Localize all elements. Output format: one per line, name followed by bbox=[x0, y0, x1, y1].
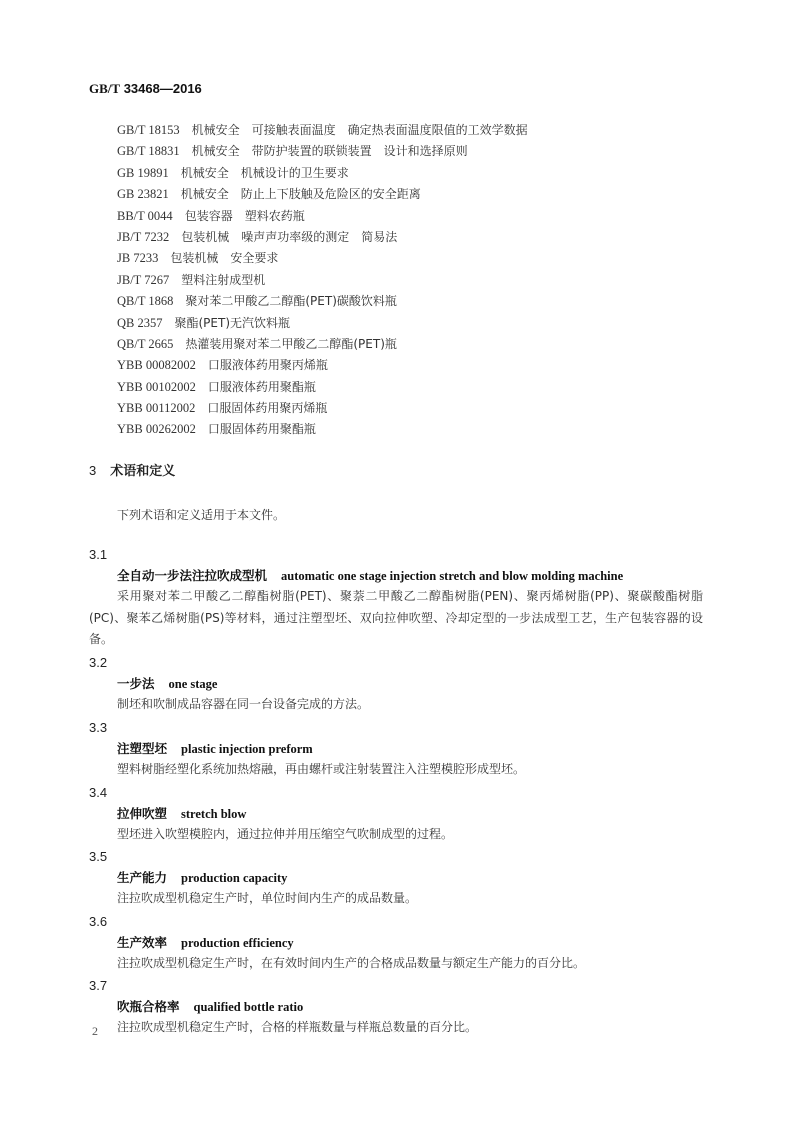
term-name-en: plastic injection preform bbox=[181, 742, 313, 756]
term-name-zh: 生产能力 bbox=[117, 870, 167, 885]
term-name-en: qualified bottle ratio bbox=[194, 1000, 304, 1014]
term-name: 全自动一步法注拉吹成型机automatic one stage injectio… bbox=[117, 565, 703, 586]
reference-code: GB/T 18831 bbox=[117, 141, 180, 162]
reference-title: 口服液体药用聚酯瓶 bbox=[208, 380, 316, 394]
term-number: 3.3 bbox=[89, 717, 703, 738]
reference-title: 机械安全 可接触表面温度 确定热表面温度限值的工效学数据 bbox=[192, 123, 528, 137]
reference-item: YBB 00112002口服固体药用聚丙烯瓶 bbox=[117, 397, 528, 418]
term-name: 一步法one stage bbox=[117, 673, 703, 694]
section-intro: 下列术语和定义适用于本文件。 bbox=[117, 506, 285, 523]
section-heading: 3术语和定义 bbox=[89, 460, 175, 479]
standard-number: 33468—2016 bbox=[124, 81, 202, 96]
term-name: 生产能力production capacity bbox=[117, 867, 703, 888]
reference-title: 口服固体药用聚丙烯瓶 bbox=[207, 401, 327, 415]
reference-item: QB/T 1868聚对苯二甲酸乙二醇酯(PET)碳酸饮料瓶 bbox=[117, 290, 528, 311]
term-entry: 3.7 吹瓶合格率qualified bottle ratio 注拉吹成型机稳定… bbox=[89, 975, 703, 1039]
reference-title: 塑料注射成型机 bbox=[181, 273, 265, 287]
term-name-zh: 拉伸吹塑 bbox=[117, 806, 167, 821]
reference-title: 机械安全 带防护装置的联锁装置 设计和选择原则 bbox=[192, 144, 468, 158]
reference-item: JB/T 7232包装机械 噪声声功率级的测定 简易法 bbox=[117, 226, 528, 247]
term-name-zh: 全自动一步法注拉吹成型机 bbox=[117, 568, 267, 583]
reference-code: BB/T 0044 bbox=[117, 206, 173, 227]
term-number: 3.1 bbox=[89, 544, 703, 565]
term-definition: 塑料树脂经塑化系统加热熔融，再由螺杆或注射装置注入注塑模腔形成型坯。 bbox=[89, 759, 703, 781]
section-number: 3 bbox=[89, 463, 96, 478]
document-page: GB/T 33468—2016 GB/T 18153机械安全 可接触表面温度 确… bbox=[0, 0, 792, 1122]
term-name: 生产效率production efficiency bbox=[117, 932, 703, 953]
reference-code: GB 19891 bbox=[117, 163, 169, 184]
reference-item: GB/T 18831机械安全 带防护装置的联锁装置 设计和选择原则 bbox=[117, 140, 528, 161]
term-entry: 3.5 生产能力production capacity 注拉吹成型机稳定生产时，… bbox=[89, 846, 703, 910]
term-name-en: automatic one stage injection stretch an… bbox=[281, 569, 623, 583]
term-entry: 3.3 注塑型坯plastic injection preform 塑料树脂经塑… bbox=[89, 717, 703, 781]
page-number: 2 bbox=[92, 1024, 98, 1039]
reference-code: YBB 00112002 bbox=[117, 398, 195, 419]
reference-code: YBB 00082002 bbox=[117, 355, 196, 376]
term-number: 3.6 bbox=[89, 911, 703, 932]
reference-title: 口服固体药用聚酯瓶 bbox=[208, 422, 316, 436]
reference-code: YBB 00102002 bbox=[117, 377, 196, 398]
term-entry: 3.1 全自动一步法注拉吹成型机automatic one stage inje… bbox=[89, 544, 703, 651]
reference-item: JB/T 7267塑料注射成型机 bbox=[117, 269, 528, 290]
term-number: 3.4 bbox=[89, 782, 703, 803]
standard-header: GB/T 33468—2016 bbox=[89, 81, 202, 97]
reference-code: QB/T 2665 bbox=[117, 334, 173, 355]
reference-item: YBB 00082002口服液体药用聚丙烯瓶 bbox=[117, 354, 528, 375]
term-number: 3.5 bbox=[89, 846, 703, 867]
reference-title: 机械安全 防止上下肢触及危险区的安全距离 bbox=[181, 187, 421, 201]
term-name: 注塑型坯plastic injection preform bbox=[117, 738, 703, 759]
reference-code: QB 2357 bbox=[117, 313, 163, 334]
term-definition: 采用聚对苯二甲酸乙二醇酯树脂(PET)、聚萘二甲酸乙二醇酯树脂(PEN)、聚丙烯… bbox=[89, 586, 703, 651]
term-name-zh: 吹瓶合格率 bbox=[117, 999, 180, 1014]
term-name: 拉伸吹塑stretch blow bbox=[117, 803, 703, 824]
reference-item: JB 7233包装机械 安全要求 bbox=[117, 247, 528, 268]
reference-code: JB/T 7232 bbox=[117, 227, 169, 248]
term-name-en: production efficiency bbox=[181, 936, 294, 950]
reference-item: QB/T 2665热灌装用聚对苯二甲酸乙二醇酯(PET)瓶 bbox=[117, 333, 528, 354]
reference-code: JB 7233 bbox=[117, 248, 158, 269]
term-entry: 3.2 一步法one stage 制坯和吹制成品容器在同一台设备完成的方法。 bbox=[89, 652, 703, 716]
term-number: 3.7 bbox=[89, 975, 703, 996]
reference-item: BB/T 0044包装容器 塑料农药瓶 bbox=[117, 205, 528, 226]
term-entry: 3.4 拉伸吹塑stretch blow 型坯进入吹塑模腔内，通过拉伸并用压缩空… bbox=[89, 782, 703, 846]
term-name-zh: 一步法 bbox=[117, 676, 155, 691]
reference-item: YBB 00262002口服固体药用聚酯瓶 bbox=[117, 418, 528, 439]
section-title: 术语和定义 bbox=[110, 464, 175, 479]
term-name: 吹瓶合格率qualified bottle ratio bbox=[117, 996, 703, 1017]
reference-title: 包装机械 噪声声功率级的测定 简易法 bbox=[181, 230, 397, 244]
reference-title: 口服液体药用聚丙烯瓶 bbox=[208, 358, 328, 372]
reference-title: 机械安全 机械设计的卫生要求 bbox=[181, 166, 349, 180]
reference-code: GB/T 18153 bbox=[117, 120, 180, 141]
reference-item: YBB 00102002口服液体药用聚酯瓶 bbox=[117, 376, 528, 397]
term-definition: 注拉吹成型机稳定生产时，在有效时间内生产的合格成品数量与额定生产能力的百分比。 bbox=[89, 953, 703, 975]
term-definition: 注拉吹成型机稳定生产时，单位时间内生产的成品数量。 bbox=[89, 888, 703, 910]
reference-code: QB/T 1868 bbox=[117, 291, 173, 312]
standard-prefix: GB/T bbox=[89, 81, 120, 96]
reference-code: YBB 00262002 bbox=[117, 419, 196, 440]
term-name-en: production capacity bbox=[181, 871, 287, 885]
reference-title: 热灌装用聚对苯二甲酸乙二醇酯(PET)瓶 bbox=[185, 337, 397, 351]
reference-code: JB/T 7267 bbox=[117, 270, 169, 291]
reference-title: 包装机械 安全要求 bbox=[170, 251, 278, 265]
reference-item: GB/T 18153机械安全 可接触表面温度 确定热表面温度限值的工效学数据 bbox=[117, 119, 528, 140]
term-name-zh: 注塑型坯 bbox=[117, 741, 167, 756]
normative-references-list: GB/T 18153机械安全 可接触表面温度 确定热表面温度限值的工效学数据 G… bbox=[117, 119, 528, 440]
reference-title: 聚酯(PET)无汽饮料瓶 bbox=[175, 316, 291, 330]
term-definition: 注拉吹成型机稳定生产时，合格的样瓶数量与样瓶总数量的百分比。 bbox=[89, 1017, 703, 1039]
term-name-zh: 生产效率 bbox=[117, 935, 167, 950]
reference-title: 包装容器 塑料农药瓶 bbox=[185, 209, 305, 223]
term-number: 3.2 bbox=[89, 652, 703, 673]
term-definition: 型坯进入吹塑模腔内，通过拉伸并用压缩空气吹制成型的过程。 bbox=[89, 824, 703, 846]
term-name-en: one stage bbox=[169, 677, 218, 691]
reference-code: GB 23821 bbox=[117, 184, 169, 205]
reference-item: QB 2357聚酯(PET)无汽饮料瓶 bbox=[117, 312, 528, 333]
reference-item: GB 23821机械安全 防止上下肢触及危险区的安全距离 bbox=[117, 183, 528, 204]
term-entry: 3.6 生产效率production efficiency 注拉吹成型机稳定生产… bbox=[89, 911, 703, 975]
term-name-en: stretch blow bbox=[181, 807, 246, 821]
reference-item: GB 19891机械安全 机械设计的卫生要求 bbox=[117, 162, 528, 183]
term-definition: 制坯和吹制成品容器在同一台设备完成的方法。 bbox=[89, 694, 703, 716]
reference-title: 聚对苯二甲酸乙二醇酯(PET)碳酸饮料瓶 bbox=[185, 294, 397, 308]
